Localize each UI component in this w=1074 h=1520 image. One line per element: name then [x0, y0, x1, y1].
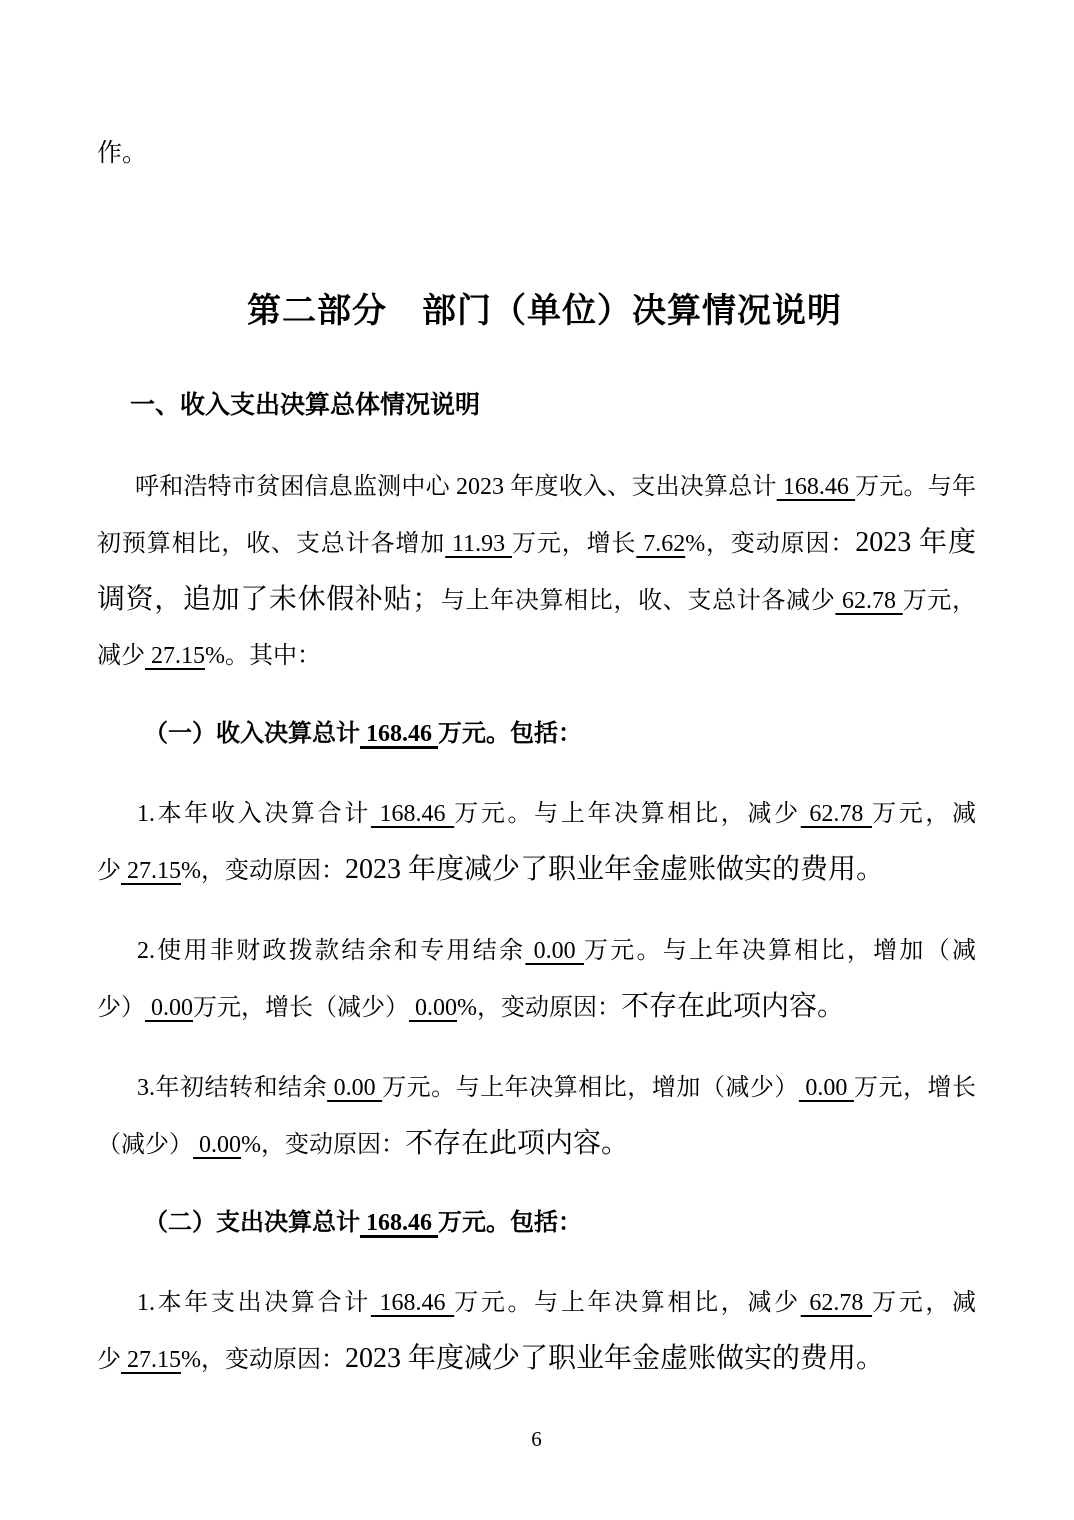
text-segment: %，变动原因： — [181, 1347, 345, 1373]
underlined-value: 0.00 — [193, 1132, 241, 1158]
section-heading: 一、收入支出决算总体情况说明 — [130, 391, 976, 419]
underlined-value: 62.78 — [801, 1290, 872, 1316]
text-segment: %。其中： — [205, 643, 321, 669]
text-segment: 万元，增长 — [512, 531, 636, 557]
underlined-value: 7.62 — [636, 531, 685, 557]
underlined-value: 0.00 — [525, 938, 584, 964]
underlined-value: 27.15 — [121, 858, 181, 884]
income-item-2: 2.使用非财政拨款结余和专用结余 0.00 万元。与上年决算相比，增加（减少） … — [97, 924, 976, 1036]
underlined-value: 168.46 — [777, 474, 855, 500]
pasted-text-segment: 不存在此项内容。 — [621, 991, 845, 1022]
underlined-value: 62.78 — [835, 588, 902, 614]
text-segment: %，变动原因： — [685, 531, 855, 557]
text-segment: %，变动原因： — [241, 1132, 405, 1158]
text-segment: 万元。与上年决算相比，增加（减少） — [382, 1075, 799, 1101]
underlined-value: 0.00 — [145, 995, 193, 1021]
underlined-value: 27.15 — [145, 643, 205, 669]
income-item-1: 1.本年收入决算合计 168.46 万元。与上年决算相比，减少 62.78 万元… — [97, 787, 976, 899]
underlined-value: 62.78 — [801, 801, 872, 827]
underlined-value: 168.46 — [371, 1290, 454, 1316]
pasted-text-segment: 2023 年度减少了职业年金虚账做实的费用。 — [345, 854, 884, 885]
text-segment: （一）收入决算总计 — [144, 721, 360, 747]
underlined-value: 0.00 — [409, 995, 457, 1021]
text-segment: 呼和浩特市贫困信息监测中心 2023 年度收入、支出决算总计 — [135, 474, 777, 500]
underlined-value: 168.46 — [371, 801, 454, 827]
text-segment: 万元。与上年决算相比，减少 — [454, 801, 801, 827]
underlined-value: 168.46 — [360, 1210, 438, 1236]
text-segment: 万元。包括： — [438, 721, 582, 747]
text-segment: 万元。包括： — [438, 1210, 582, 1236]
text-segment: %，变动原因： — [457, 995, 621, 1021]
pasted-text-segment: 不存在此项内容。 — [405, 1128, 629, 1159]
expense-total-heading: （二）支出决算总计 168.46 万元。包括： — [97, 1196, 976, 1251]
underlined-value: 168.46 — [360, 721, 438, 747]
text-segment: 2.使用非财政拨款结余和专用结余 — [137, 938, 525, 964]
underlined-value: 0.00 — [799, 1075, 854, 1101]
text-segment: 3.年初结转和结余 — [137, 1075, 327, 1101]
continuation-text: 作。 — [97, 140, 976, 168]
text-segment: （二）支出决算总计 — [144, 1210, 360, 1236]
page-number: 6 — [97, 1426, 976, 1452]
pasted-text-segment: 2023 年度减少了职业年金虚账做实的费用。 — [345, 1343, 884, 1374]
text-segment: 万元，增长（减少） — [193, 995, 409, 1021]
underlined-value: 27.15 — [121, 1347, 181, 1373]
text-segment: %，变动原因： — [181, 858, 345, 884]
text-segment: 万元。与上年决算相比，减少 — [454, 1290, 801, 1316]
expense-item-1: 1.本年支出决算合计 168.46 万元。与上年决算相比，减少 62.78 万元… — [97, 1276, 976, 1388]
text-segment: 1.本年支出决算合计 — [137, 1290, 371, 1316]
underlined-value: 0.00 — [327, 1075, 382, 1101]
text-segment: 与上年决算相比，收、支总计各减少 — [440, 588, 835, 614]
income-item-3: 3.年初结转和结余 0.00 万元。与上年决算相比，增加（减少） 0.00 万元… — [97, 1061, 976, 1173]
income-total-heading: （一）收入决算总计 168.46 万元。包括： — [97, 707, 976, 762]
overview-paragraph: 呼和浩特市贫困信息监测中心 2023 年度收入、支出决算总计 168.46 万元… — [97, 460, 976, 684]
document-title: 第二部分 部门（单位）决算情况说明 — [97, 292, 976, 332]
document-page: 作。 第二部分 部门（单位）决算情况说明 一、收入支出决算总体情况说明 呼和浩特… — [0, 0, 1074, 1520]
text-segment: 1.本年收入决算合计 — [137, 801, 371, 827]
underlined-value: 11.93 — [445, 531, 512, 557]
